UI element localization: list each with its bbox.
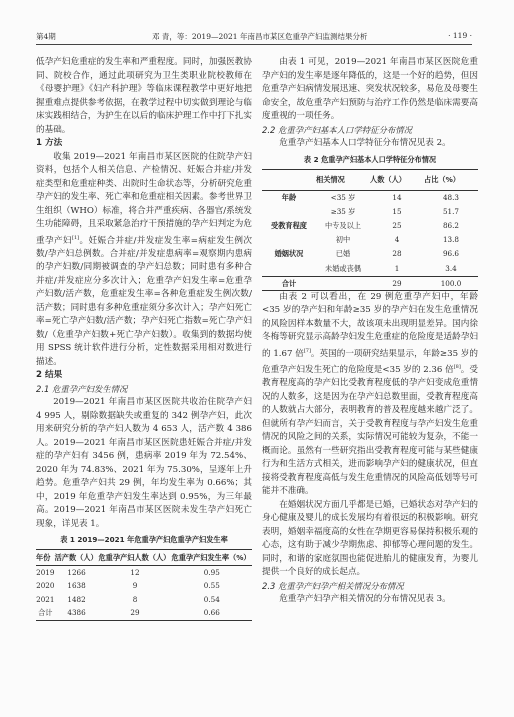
table-cell: 1 (370, 262, 424, 277)
table-cell (262, 205, 316, 219)
table-cell: 100.0 (424, 276, 478, 290)
table-cell: 86.2 (424, 219, 478, 233)
running-title: 邓 青，等：2019—2021 年南昌市某区危重孕产妇监测结果分析 (152, 31, 367, 42)
table-cell: 48.3 (424, 190, 478, 205)
table-cell: 29 (98, 606, 171, 620)
table-cell: 3.4 (424, 262, 478, 277)
intro-paragraph: 低孕产妇危重症的发生率和严重程度。同时，加强医教协同、院校合作，通过此项研究为卫… (36, 56, 252, 137)
table-cell: 2020 (36, 579, 55, 593)
table-1: 年份 活产数（人） 危重孕产妇人数（人） 危重孕产妇发生率（%） 2019 12… (36, 549, 252, 621)
table-cell: 2021 (36, 593, 55, 607)
results-paragraph: 2019—2021 年南昌市某区医院共收治住院孕产妇 4 995 人，剔除数据缺… (36, 396, 252, 531)
section-1-heading: 1 方法 (36, 137, 252, 151)
table-row-total: 合计 4386 29 0.66 (36, 606, 252, 620)
table-2-header (262, 170, 316, 191)
table-cell: 1266 (55, 565, 99, 579)
table-row: 未婚或丧偶 1 3.4 (262, 262, 478, 277)
table-2-header: 相关情况 (316, 170, 370, 191)
table-cell: 0.66 (172, 606, 252, 620)
table-cell: 12 (98, 565, 171, 579)
table-row: 2019 1266 12 0.95 (36, 565, 252, 579)
table-row-total: 合计 29 100.0 (262, 276, 478, 290)
table-cell: 96.6 (424, 247, 478, 261)
table-cell: <35 岁 (316, 190, 370, 205)
methods-text-1: 收集 2019—2021 年南昌市某区医院的住院孕产妇资料，包括个人相关信息、产… (36, 152, 252, 246)
table-row: 受教育程度 中专及以上 25 86.2 (262, 219, 478, 233)
section-2-2-heading: 2.2 危重孕产妇基本人口学特征分布情况 (262, 124, 478, 138)
citation-8: [8] (454, 364, 461, 370)
table-cell: ≥35 岁 (316, 205, 370, 219)
table-row: 初中 4 13.8 (262, 233, 478, 247)
paragraph-table1-summary: 由表 1 可见，2019—2021 年南昌市某区医院危重孕产妇的发生率是逐年降低… (262, 56, 478, 124)
table-cell: 0.54 (172, 593, 252, 607)
section-2-heading: 2 结果 (36, 369, 252, 383)
table-cell: 28 (370, 247, 424, 261)
table-cell (262, 262, 316, 277)
table-cell: 初中 (316, 233, 370, 247)
page-number: · 119 · (448, 31, 472, 40)
table-2-header: 占比（%） (424, 170, 478, 191)
journal-page: 第4期 邓 青，等：2019—2021 年南昌市某区危重孕产妇监测结果分析 · … (0, 0, 514, 717)
table-cell: 14 (370, 190, 424, 205)
table-2-caption: 表 2 危重孕产妇基本人口学特征分布情况 (262, 153, 478, 167)
table-1-header: 活产数（人） (55, 549, 99, 565)
table-cell: 婚姻状况 (262, 247, 316, 261)
table-cell: 合计 (36, 606, 55, 620)
table-row: 婚姻状况 已婚 28 96.6 (262, 247, 478, 261)
right-column: 由表 1 可见，2019—2021 年南昌市某区医院危重孕产妇的发生率是逐年降低… (262, 56, 478, 607)
paragraph-table2-intro: 危重孕产妇基本人口学特征分布情况见表 2。 (262, 137, 478, 151)
table-cell: 已婚 (316, 247, 370, 261)
table-cell (262, 233, 316, 247)
table-cell: 13.8 (424, 233, 478, 247)
table-1-header: 年份 (36, 549, 55, 565)
table-row: 2021 1482 8 0.54 (36, 593, 252, 607)
discussion-text-3: 。受教育程度高的孕产妇比受教育程度低的孕产妇变成危重情况的人数多，这是因为在孕产… (262, 365, 478, 497)
table-1-header: 危重孕产妇人数（人） (98, 549, 171, 565)
table-cell: 1638 (55, 579, 99, 593)
table-cell: 未婚或丧偶 (316, 262, 370, 277)
left-column: 低孕产妇危重症的发生率和严重程度。同时，加强医教协同、院校合作，通过此项研究为卫… (36, 56, 252, 621)
paragraph-table2-discussion: 由表 2 可以看出，在 29 例危重孕产妇中，年龄<35 岁的孕产妇和年龄≥35… (262, 291, 478, 499)
table-cell: 0.95 (172, 565, 252, 579)
paragraph-marital-status: 在婚姻状况方面几乎都是已婚，已婚状态对孕产妇的身心健康及婴儿的成长发展均有着很远… (262, 499, 478, 580)
table-cell: 51.7 (424, 205, 478, 219)
table-cell: 0.55 (172, 579, 252, 593)
methods-text-2: 。妊娠合并症/并发症发生率=病症发生例次数/孕产妇总例数。合并症/并发症患病率=… (36, 235, 252, 367)
table-1-caption: 表 1 2019—2021 年危重孕产妇危重孕产妇发生率 (36, 533, 252, 547)
table-cell: 合计 (262, 276, 316, 290)
section-2-1-heading: 2.1 危重孕产妇发生情况 (36, 383, 252, 397)
methods-paragraph: 收集 2019—2021 年南昌市某区医院的住院孕产妇资料，包括个人相关信息、产… (36, 151, 252, 370)
table-cell: 中专及以上 (316, 219, 370, 233)
table-cell: 4 (370, 233, 424, 247)
table-cell: 8 (98, 593, 171, 607)
table-row: ≥35 岁 15 51.7 (262, 205, 478, 219)
table-2: 相关情况 人数（人） 占比（%） 年龄 <35 岁 14 48.3 ≥35 岁 … (262, 169, 478, 291)
table-row: 2020 1638 9 0.55 (36, 579, 252, 593)
issue-label: 第4期 (36, 31, 56, 42)
table-cell: 受教育程度 (262, 219, 316, 233)
section-2-3-heading: 2.3 危重孕产妇孕产相关情况分布情况 (262, 580, 478, 594)
running-header: 第4期 邓 青，等：2019—2021 年南昌市某区危重孕产妇监测结果分析 · … (36, 28, 472, 45)
citation-7: [7] (304, 348, 311, 354)
table-cell: 29 (370, 276, 424, 290)
table-2-header: 人数（人） (370, 170, 424, 191)
table-1-header: 危重孕产妇发生率（%） (172, 549, 252, 565)
table-cell: 1482 (55, 593, 99, 607)
table-cell (316, 276, 370, 290)
table-cell: 25 (370, 219, 424, 233)
table-cell: 2019 (36, 565, 55, 579)
table-cell: 4386 (55, 606, 99, 620)
paragraph-table3-intro: 危重孕产妇孕产相关情况的分布情况见表 3。 (262, 593, 478, 607)
table-cell: 15 (370, 205, 424, 219)
table-row: 年龄 <35 岁 14 48.3 (262, 190, 478, 205)
table-cell: 年龄 (262, 190, 316, 205)
table-cell: 9 (98, 579, 171, 593)
